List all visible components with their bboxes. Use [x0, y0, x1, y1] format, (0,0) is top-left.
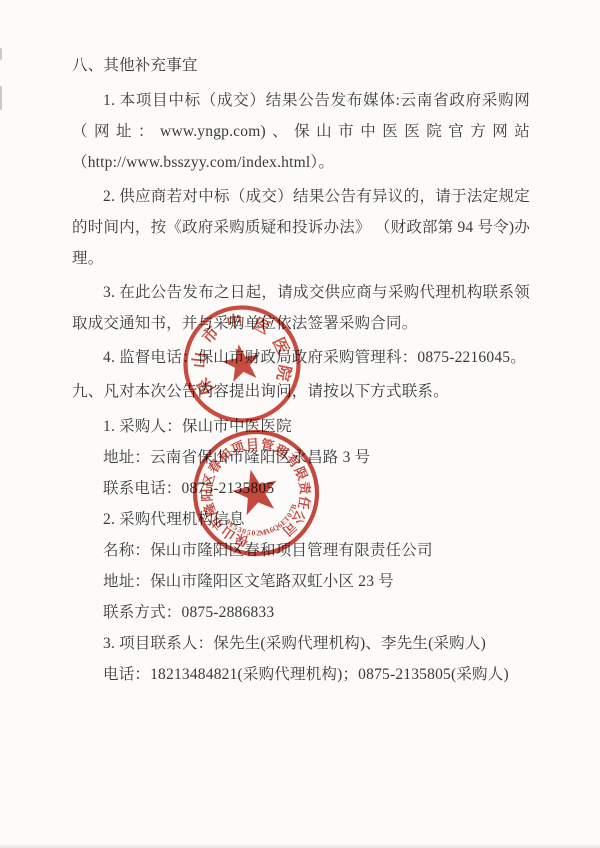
line-project-phones: 电话：18213484821(采购代理机构)；0875-2135805(采购人) — [72, 659, 530, 690]
section8-paragraph-media: 1. 本项目中标（成交）结果公告发布媒体:云南省政府采购网（网址：www.yng… — [72, 85, 530, 178]
svg-text:目: 目 — [245, 436, 259, 452]
star-icon — [228, 464, 282, 517]
svg-text:山: 山 — [190, 351, 209, 369]
scan-artifact — [0, 86, 2, 110]
document-page: 八、其他补充事宜 1. 本项目中标（成交）结果公告发布媒体:云南省政府采购网（网… — [0, 0, 600, 848]
line-agency-address: 地址：保山市隆阳区文笔路双虹小区 23 号 — [72, 566, 530, 597]
svg-text:阳: 阳 — [199, 488, 215, 502]
scan-edge-bottom — [0, 844, 600, 848]
scan-artifact — [0, 48, 2, 60]
svg-text:中: 中 — [225, 312, 244, 333]
section8-paragraph-objection: 2. 供应商若对中标（成交）结果公告有异议的，请于法定规定的时间内，按《政府采购… — [72, 181, 530, 274]
svg-text:责: 责 — [297, 481, 313, 496]
star-icon — [220, 341, 264, 383]
agency-seal-icon: 保山市隆阳区春和项目管理有限责任公司91530502MA6Q6ET07B — [189, 426, 323, 560]
section8-heading: 八、其他补充事宜 — [72, 50, 530, 81]
line-project-contacts: 3. 项目联系人：保先生(采购代理机构)、李先生(采购人) — [72, 628, 530, 659]
svg-text:医: 医 — [269, 335, 292, 357]
svg-text:院: 院 — [273, 363, 295, 383]
line-agency-contact: 联系方式：0875-2886833 — [72, 597, 530, 628]
hospital-seal-icon: 保山市中医医院 — [179, 301, 305, 427]
svg-text:医: 医 — [250, 315, 272, 338]
